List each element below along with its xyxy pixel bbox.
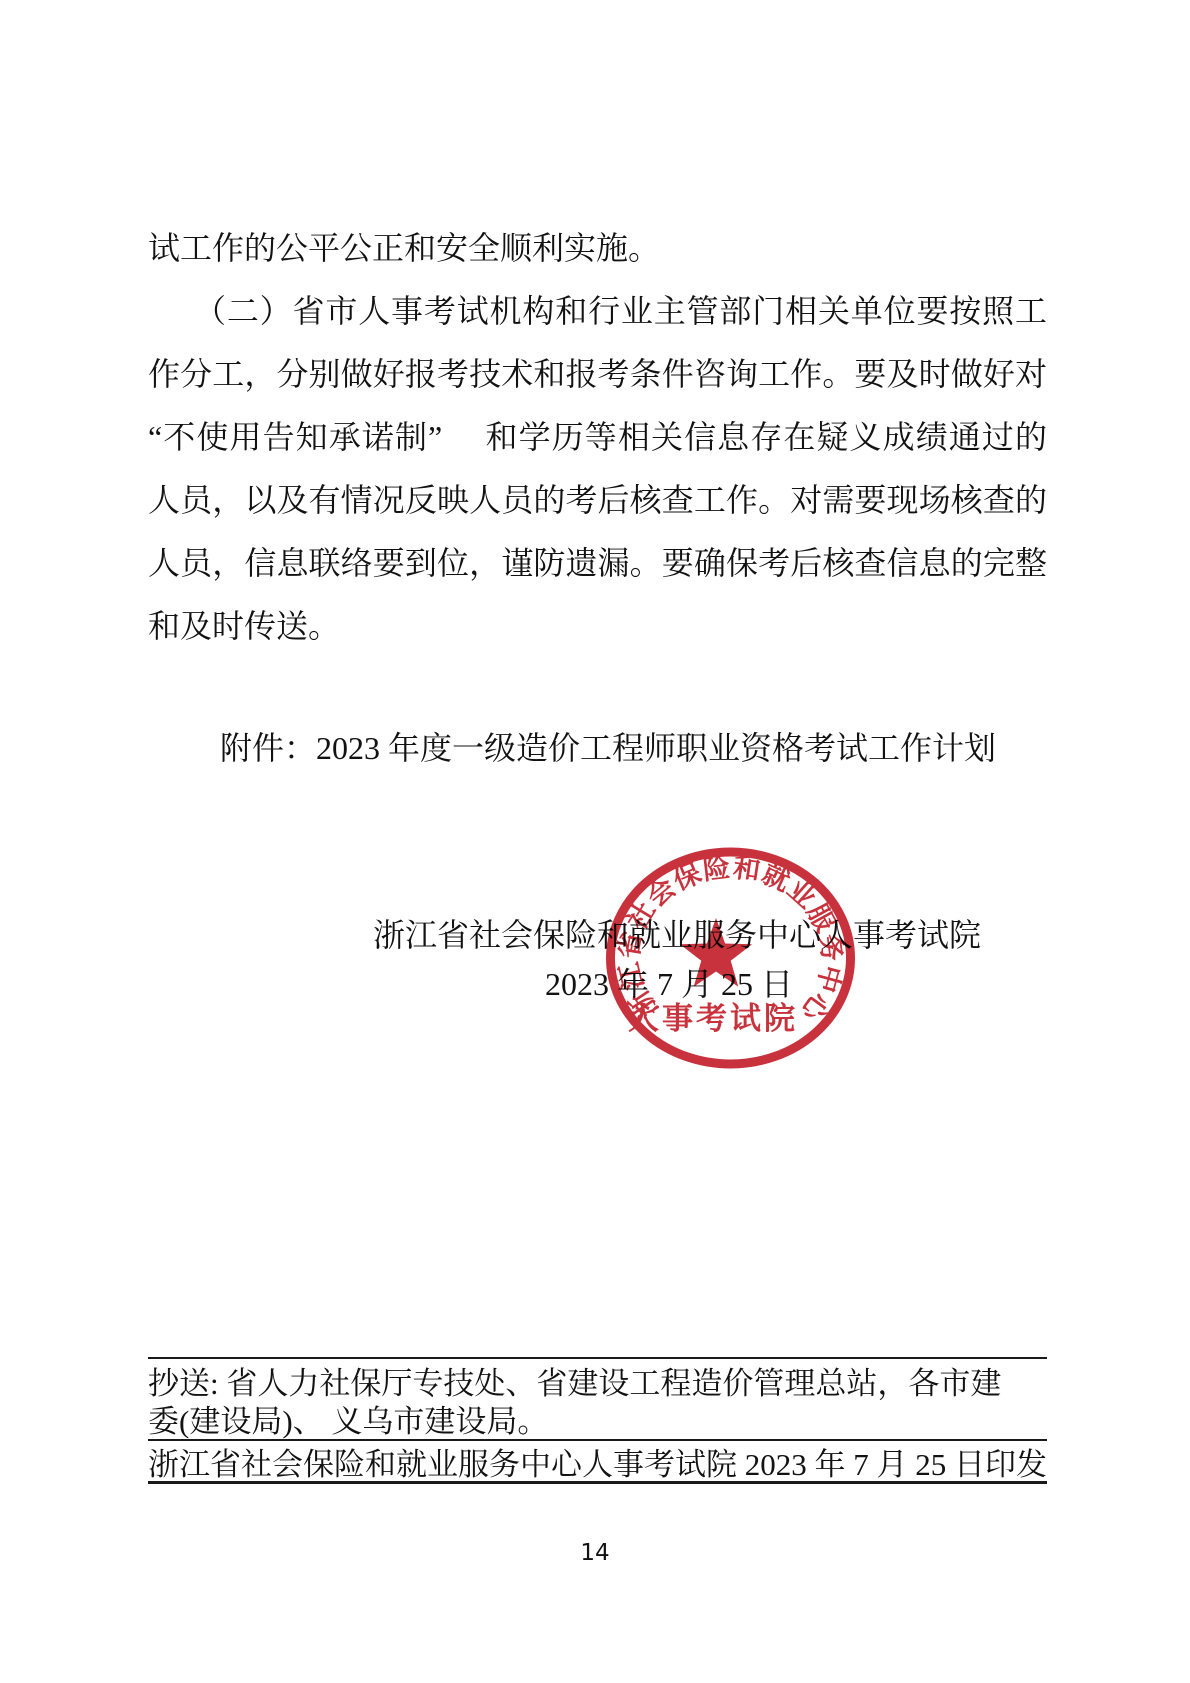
footer-issue-line: 浙江省社会保险和就业服务中心人事考试院 2023 年 7 月 25 日印发 [148,1446,1047,1484]
page-number: 14 [0,1540,1190,1566]
body-line-5: 人员，以及有情况反映人员的考后核查工作。对需要现场核查的 [148,480,1047,520]
footer-issuer: 浙江省社会保险和就业服务中心人事考试院 [148,1446,737,1484]
body-line-2: （二）省市人事考试机构和行业主管部门相关单位要按照工 [148,291,1047,331]
footer-cc-line-1: 抄送: 省人力社保厅专技处、省建设工程造价管理总站，各市建 [148,1365,1047,1403]
document-page: 试工作的公平公正和安全顺利实施。 （二）省市人事考试机构和行业主管部门相关单位要… [0,0,1190,1683]
footer-issue-date: 2023 年 7 月 25 日印发 [745,1446,1047,1484]
attachment-line: 附件：2023 年度一级造价工程师职业资格考试工作计划 [148,728,1119,768]
official-seal: 浙江省社会保险和就业服务中心 人事考试院 [603,843,858,1073]
body-line-7: 和及时传送。 [148,606,1047,646]
body-line-3: 作分工，分别做好报考技术和报考条件咨询工作。要及时做好对 [148,354,1047,394]
footer-rule-top [148,1357,1047,1359]
seal-ring [611,852,851,1064]
signature-org: 浙江省社会保险和就业服务中心人事考试院 [373,915,981,955]
body-line-4: “不使用告知承诺制” 和学历等相关信息存在疑义成绩通过的 [148,417,1047,457]
footer-rule-middle [148,1439,1047,1441]
footer-rule-bottom [148,1481,1047,1484]
footer-cc-line-2: 委(建设局)、 义乌市建设局。 [148,1403,1047,1441]
body-line-6: 人员，信息联络要到位，谨防遗漏。要确保考后核查信息的完整 [148,543,1047,583]
signature-date: 2023 年 7 月 25 日 [545,964,793,1004]
seal-bottom-text: 人事考试院 [628,1001,798,1036]
body-line-1: 试工作的公平公正和安全顺利实施。 [148,228,1047,268]
